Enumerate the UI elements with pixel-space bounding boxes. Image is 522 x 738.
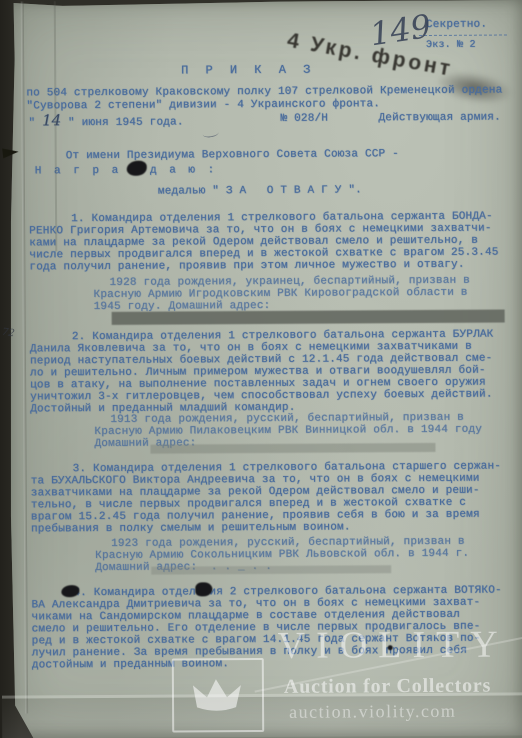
- award-entry-1: 1. Командира отделения 1 стрелкового бат…: [29, 210, 516, 273]
- watermark-tagline: Auction for Collectors: [284, 675, 491, 699]
- award-heading: Н а г р а ж д а ю :: [35, 164, 217, 177]
- margin-pencil-note: 72: [1, 327, 15, 340]
- redaction-bar-1: [112, 310, 505, 325]
- order-number: № 028/Н: [280, 113, 328, 125]
- classification-label: Секретно.: [426, 19, 487, 31]
- medal-line: медалью " З А О Т В А Г У ".: [0, 183, 521, 198]
- award-entry-2: 2. Командира отделения 1 стрелкового бат…: [30, 328, 518, 415]
- date-tail: " июня 1945 года.: [68, 116, 184, 129]
- order-date: " 14 " июня 1945 года.: [28, 113, 183, 129]
- date-day-handwritten: 14: [42, 111, 61, 129]
- scan-background: Секретно. Экз. № 2 149 4 Укр. фронт П Р …: [0, 0, 522, 738]
- document-content: Секретно. Экз. № 2 149 4 Укр. фронт П Р …: [0, 0, 522, 738]
- order-subtitle: по 504 стрелковому Краковскому полку 107…: [26, 84, 508, 113]
- redaction-bar-3: [151, 565, 391, 574]
- copy-number: Экз. № 2: [426, 40, 476, 52]
- watermark-brand: VIOLITY: [278, 622, 509, 667]
- edge-tear-mark: [2, 147, 19, 159]
- watermark-url: auction.violity.com: [289, 701, 456, 723]
- pencil-scribble: [202, 128, 219, 138]
- entry-bio-1: 1928 года рождения, украинец, беспартийн…: [93, 275, 501, 313]
- redaction-bar-2: [150, 443, 435, 454]
- crown-icon: [174, 660, 262, 731]
- army-note: Действующая армия.: [378, 112, 500, 125]
- decree-intro: От имени Президиума Верховного Совета Со…: [66, 148, 399, 162]
- watermark-frame: [172, 658, 264, 733]
- award-entry-3: 3. Командира отделения 1 стрелкового бат…: [31, 460, 518, 535]
- date-open-quote: ": [28, 117, 35, 129]
